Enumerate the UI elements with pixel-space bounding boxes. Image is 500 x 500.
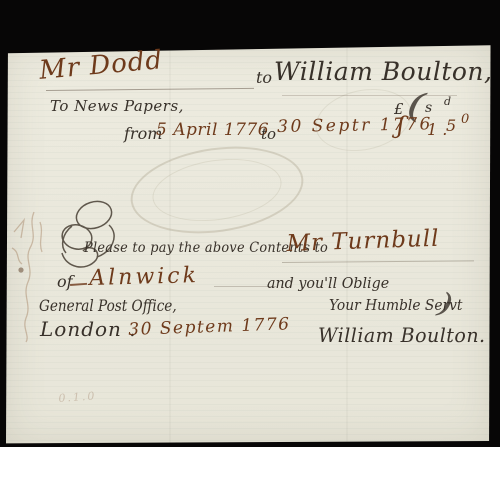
signature: William Boulton. <box>318 323 486 347</box>
from-date: 5 April 1776 <box>156 120 269 140</box>
item-line: To News Papers, <box>50 97 184 115</box>
creditor-underline <box>282 95 457 96</box>
of-label: of <box>57 272 73 291</box>
auction-photo-canvas: Mr Dodd to William Boulton, To News Pape… <box>0 0 500 500</box>
pence-column-head: d <box>444 95 451 108</box>
period-to-label: to <box>261 125 276 143</box>
to-date: 30 Septr 1776 <box>277 114 433 137</box>
document-photo: Mr Dodd to William Boulton, To News Pape… <box>0 0 500 447</box>
amount-pounds: 1 . <box>427 120 447 139</box>
office-line: General Post Office, <box>39 296 177 315</box>
oblige-line: and you'll Oblige <box>267 274 389 292</box>
margin-scribbles <box>4 208 50 346</box>
bleedthrough-amount: 0.1.0 <box>58 389 97 405</box>
creditor-name: William Boulton, <box>274 57 492 86</box>
payee-name: Mr Turnbull <box>286 226 440 257</box>
place-label: London . <box>40 317 137 341</box>
to-label: to <box>256 68 272 87</box>
amount-pence: 0 <box>461 112 469 127</box>
payee-place: Alnwick <box>89 263 199 291</box>
amount-shillings: 5 <box>446 116 456 135</box>
